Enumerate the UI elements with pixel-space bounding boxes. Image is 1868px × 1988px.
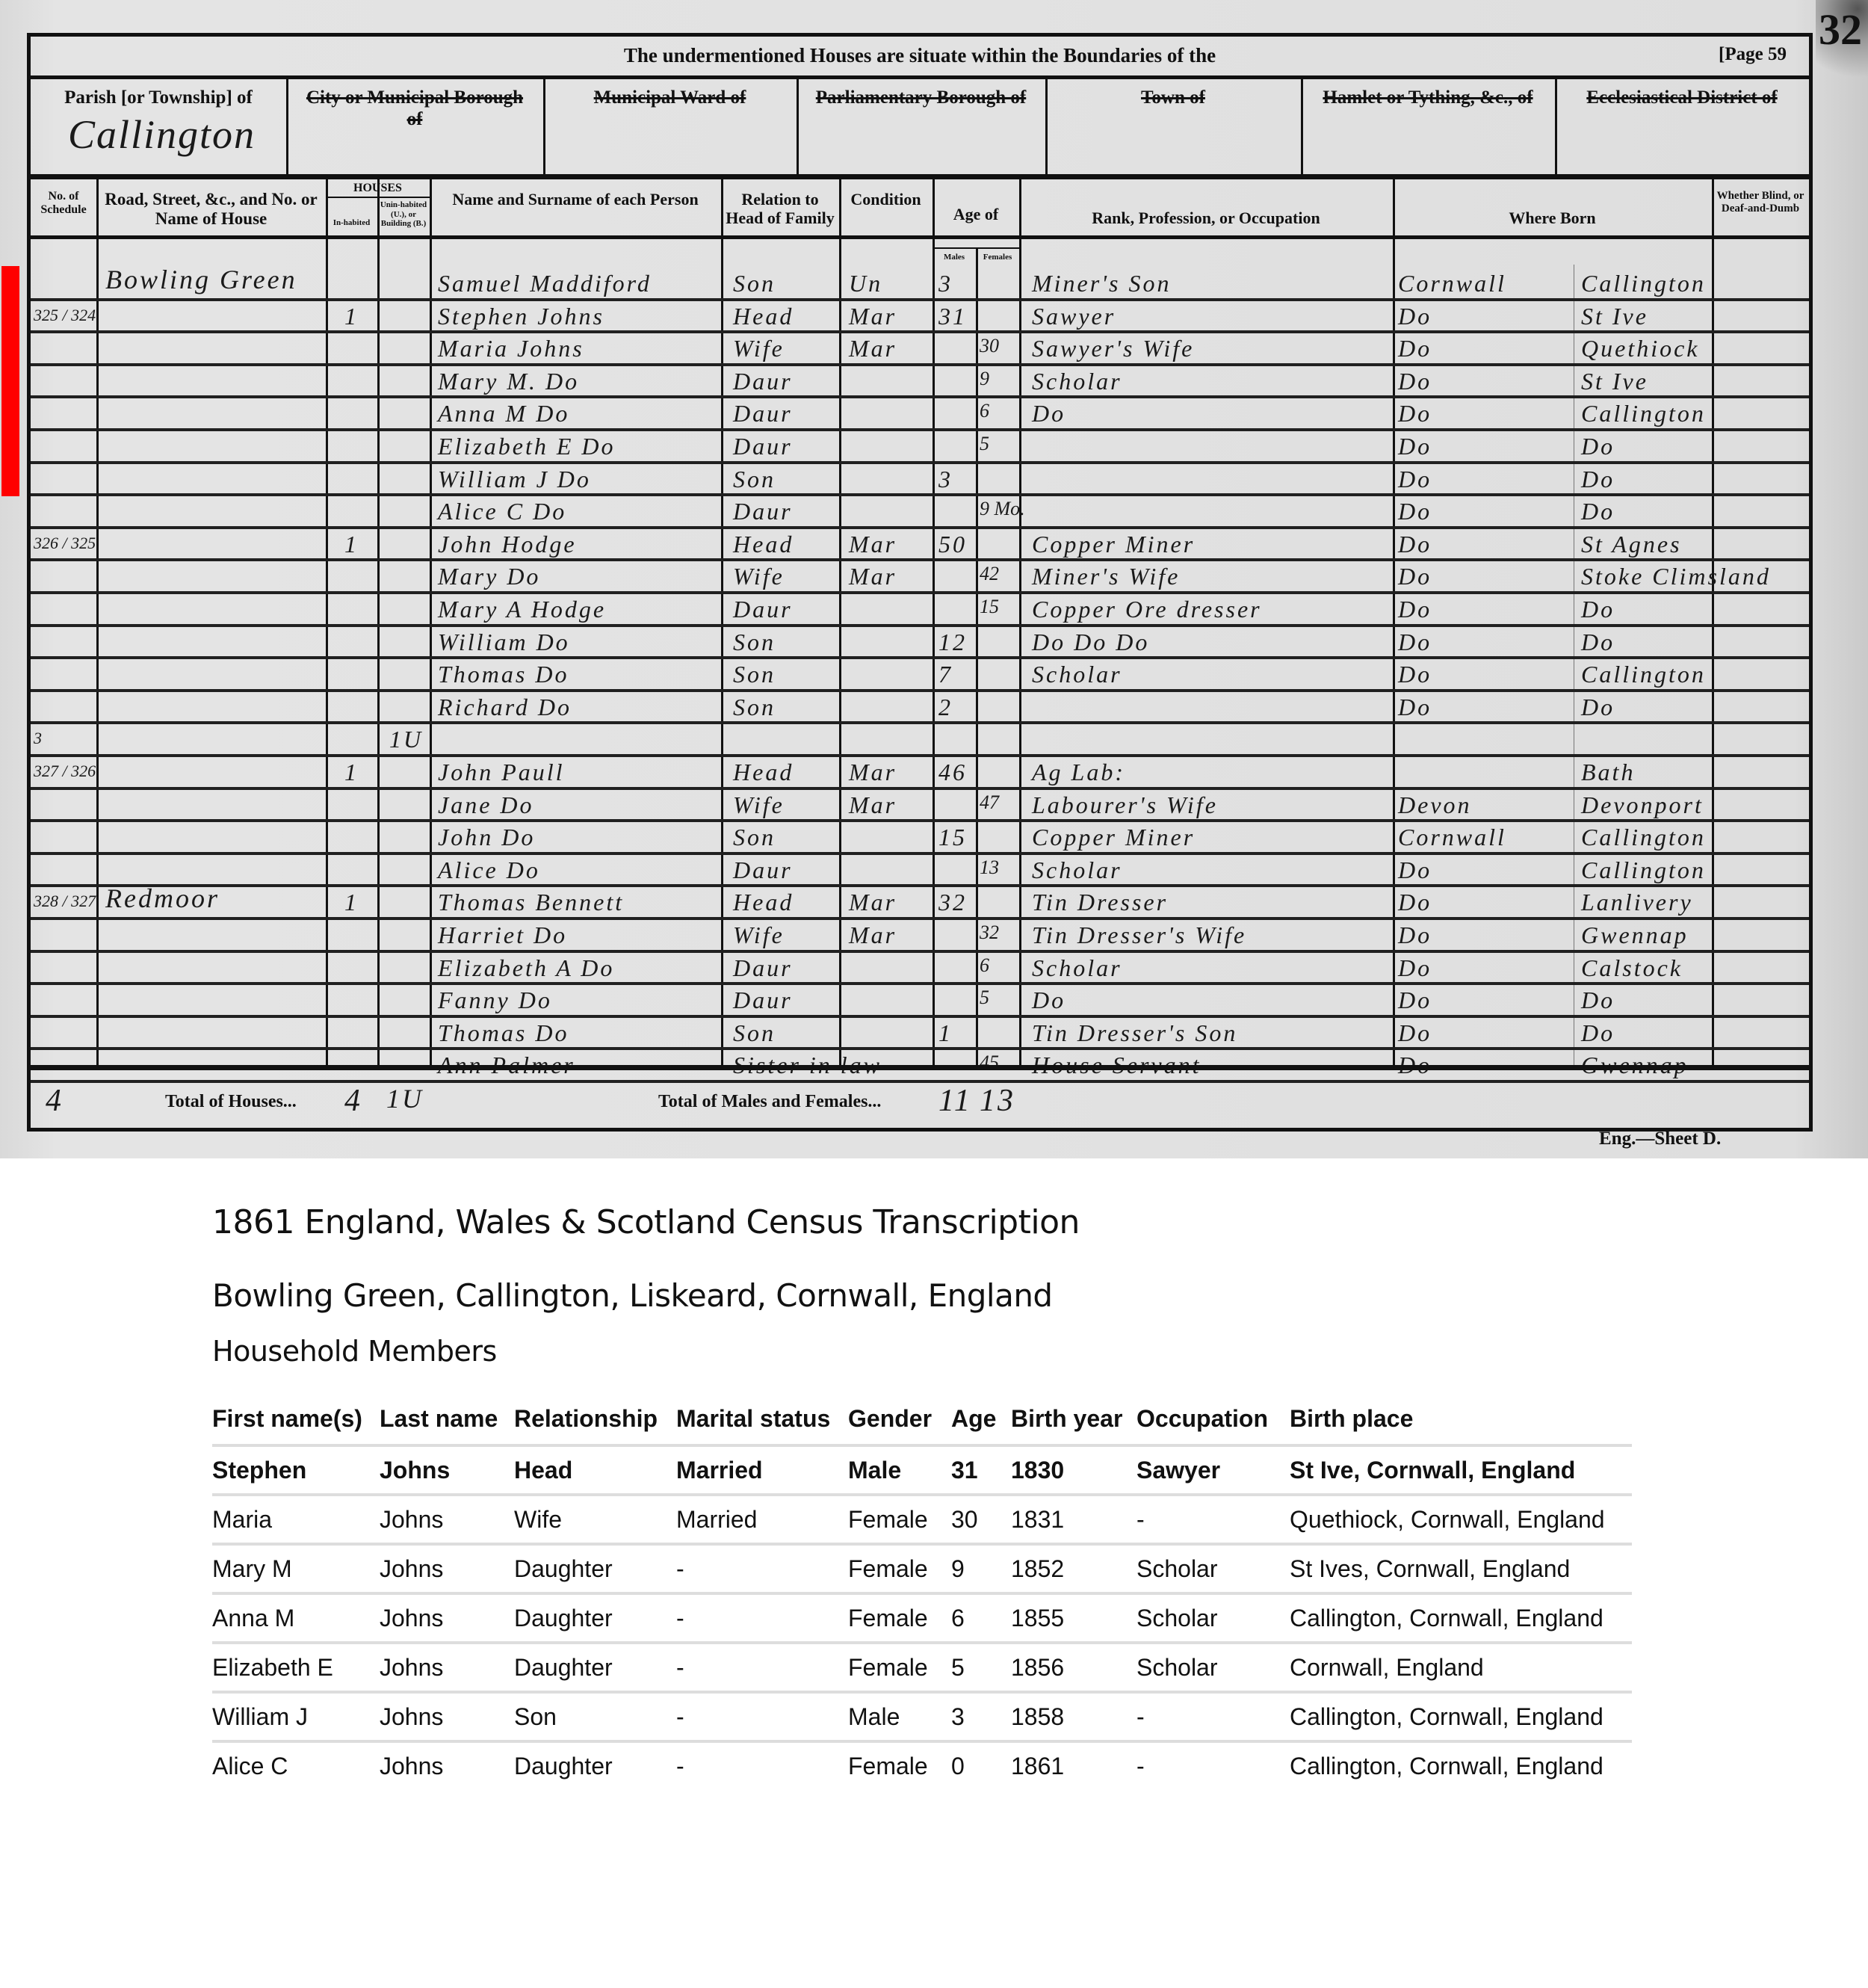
column-header-condition: Condition <box>839 190 933 209</box>
entry-male-age: 31 <box>938 303 967 330</box>
entry-schedule: 325 / 324 <box>34 306 96 325</box>
column-header-males: Males <box>933 253 976 262</box>
entry-parish: Do <box>1581 1019 1615 1047</box>
total-males: 11 <box>938 1083 972 1119</box>
table-row: William JJohnsSon-Male31858-Callington, … <box>212 1692 1632 1741</box>
section-heading: Household Members <box>212 1335 1632 1368</box>
entry-parish: Do <box>1581 596 1615 623</box>
cell-marital: Married <box>676 1495 848 1544</box>
entry-county: Do <box>1398 466 1432 493</box>
entry-name: Anna M Do <box>438 400 569 427</box>
entry-name: Samuel Maddiford <box>438 270 652 297</box>
census-entry-row: Fanny DoDaur5DoDoDo <box>31 985 1809 1018</box>
census-entry-row: Elizabeth E DoDaur5DoDo <box>31 431 1809 464</box>
houses-subrule <box>326 197 430 198</box>
entry-name: Richard Do <box>438 694 572 721</box>
entry-name: Alice C Do <box>438 498 566 525</box>
entry-uninh: 1U <box>389 726 423 753</box>
entry-condition: Mar <box>849 563 897 590</box>
census-entry-row: Mary A HodgeDaur15Copper Ore dresserDoDo <box>31 594 1809 627</box>
entry-schedule: 327 / 326 <box>34 762 96 781</box>
entry-female-age: 6 <box>980 400 989 422</box>
table-row: Mary MJohnsDaughter-Female91852ScholarSt… <box>212 1544 1632 1593</box>
divider <box>543 79 545 174</box>
census-entry-row: William DoSon12Do Do DoDoDo <box>31 627 1809 660</box>
division-label: Hamlet or Tything, &c., of <box>1301 87 1555 109</box>
entry-road: Redmoor <box>105 883 220 914</box>
cell-last: Johns <box>380 1692 514 1741</box>
entry-county: Do <box>1398 596 1432 623</box>
entry-female-age: 9 <box>980 368 989 390</box>
cell-first: Stephen <box>212 1445 380 1495</box>
entry-male-age: 2 <box>938 694 953 721</box>
entry-road: Bowling Green <box>105 264 297 295</box>
table-row: Elizabeth EJohnsDaughter-Female51856Scho… <box>212 1643 1632 1692</box>
column-header-uninhabited: Unin-habited (U.), or Building (B.) <box>377 200 430 229</box>
cell-relationship: Head <box>514 1445 676 1495</box>
column-header: Gender <box>848 1393 951 1445</box>
cell-occupation: Scholar <box>1136 1544 1290 1593</box>
entry-female-age: 45 <box>980 1052 999 1074</box>
column-header: Relationship <box>514 1393 676 1445</box>
entry-occupation: Ag Lab: <box>1032 759 1125 786</box>
entry-occupation: Do <box>1032 400 1066 427</box>
census-entry-row: William J DoSon3DoDo <box>31 464 1809 497</box>
census-scan-image: 32 The undermentioned Houses are situate… <box>0 0 1868 1158</box>
cell-occupation: - <box>1136 1692 1290 1741</box>
entry-occupation: Tin Dresser's Son <box>1032 1019 1237 1047</box>
entry-name: Alice Do <box>438 856 540 884</box>
column-header-blind: Whether Blind, or Deaf-and-Dumb <box>1712 190 1809 216</box>
cell-age: 0 <box>951 1741 1011 1789</box>
entry-county: Do <box>1398 922 1432 949</box>
transcription-section: 1861 England, Wales & Scotland Census Tr… <box>212 1203 1632 1789</box>
entry-relation: Head <box>733 759 794 786</box>
cell-gender: Male <box>848 1445 951 1495</box>
entry-relation: Head <box>733 889 794 916</box>
entry-condition: Mar <box>849 889 897 916</box>
entry-county: Do <box>1398 694 1432 721</box>
entry-relation: Daur <box>733 856 793 884</box>
column-header: Birth place <box>1290 1393 1632 1445</box>
cell-birth-year: 1858 <box>1011 1692 1136 1741</box>
entry-female-age: 5 <box>980 987 989 1009</box>
household-highlight-marker <box>1 266 19 496</box>
transcription-title: 1861 England, Wales & Scotland Census Tr… <box>212 1203 1632 1241</box>
entry-relation: Son <box>733 466 776 493</box>
entry-parish: Stoke Climsland <box>1581 563 1771 590</box>
household-members-table: First name(s)Last nameRelationshipMarita… <box>212 1393 1632 1789</box>
entry-name: William Do <box>438 629 570 656</box>
cell-occupation: - <box>1136 1741 1290 1789</box>
cell-first: William J <box>212 1692 380 1741</box>
entry-county: Devon <box>1398 791 1472 819</box>
cell-birth-place: Callington, Cornwall, England <box>1290 1692 1632 1741</box>
total-uninhabited: 1U <box>386 1083 424 1114</box>
entry-relation: Wife <box>733 922 785 949</box>
division-label: Municipal Ward of <box>543 87 797 109</box>
census-entry-row: 326 / 3251John HodgeHeadMar50Copper Mine… <box>31 529 1809 562</box>
census-entry-row: Mary M. DoDaur9ScholarDoSt Ive <box>31 366 1809 399</box>
entry-female-age: 9 Mo. <box>980 498 1025 520</box>
entry-relation: Daur <box>733 498 793 525</box>
divider <box>1045 79 1048 174</box>
entry-parish: Callington <box>1581 856 1706 884</box>
cell-age: 5 <box>951 1643 1011 1692</box>
entry-name: John Paull <box>438 759 565 786</box>
entry-name: Mary A Hodge <box>438 596 606 623</box>
entry-male-age: 50 <box>938 531 967 558</box>
cell-last: Johns <box>380 1643 514 1692</box>
sheet-number: 32 <box>1819 4 1862 55</box>
entry-county: Do <box>1398 563 1432 590</box>
entry-county: Do <box>1398 661 1432 688</box>
entry-occupation: Tin Dresser's Wife <box>1032 922 1246 949</box>
cell-gender: Female <box>848 1495 951 1544</box>
divider <box>797 79 799 174</box>
entry-county: Do <box>1398 368 1432 395</box>
census-entry-row: Elizabeth A DoDaur6ScholarDoCalstock <box>31 953 1809 986</box>
entry-occupation: Do <box>1032 987 1066 1014</box>
entry-occupation: Miner's Wife <box>1032 563 1180 590</box>
entry-inh: 1 <box>344 759 359 786</box>
cell-occupation: Scholar <box>1136 1593 1290 1643</box>
entry-parish: St Agnes <box>1581 531 1682 558</box>
entry-male-age: 7 <box>938 661 953 688</box>
entry-occupation: Scholar <box>1032 661 1122 688</box>
entry-county: Do <box>1398 629 1432 656</box>
entry-name: Mary M. Do <box>438 368 579 395</box>
entry-name: William J Do <box>438 466 591 493</box>
entry-relation: Daur <box>733 433 793 460</box>
entry-parish: Do <box>1581 433 1615 460</box>
cell-age: 30 <box>951 1495 1011 1544</box>
cell-last: Johns <box>380 1495 514 1544</box>
entry-female-age: 5 <box>980 433 989 455</box>
cell-first: Alice C <box>212 1741 380 1789</box>
cell-age: 3 <box>951 1692 1011 1741</box>
entry-condition: Mar <box>849 759 897 786</box>
entry-relation: Son <box>733 629 776 656</box>
cell-relationship: Daughter <box>514 1741 676 1789</box>
entry-occupation: Tin Dresser <box>1032 889 1168 916</box>
entry-relation: Son <box>733 661 776 688</box>
census-entry-row: Mary DoWifeMar42Miner's WifeDoStoke Clim… <box>31 561 1809 594</box>
total-persons-label: Total of Males and Females... <box>658 1092 881 1113</box>
entry-name: Elizabeth E Do <box>438 433 616 460</box>
cell-age: 9 <box>951 1544 1011 1593</box>
census-entry-row: Bowling GreenSamuel MaddifordSonUn3Miner… <box>31 268 1809 301</box>
entry-parish: St Ive <box>1581 368 1648 395</box>
entry-male-age: 1 <box>938 1019 953 1047</box>
entry-condition: Mar <box>849 791 897 819</box>
entry-relation: Son <box>733 824 776 851</box>
census-entry-row: 325 / 3241Stephen JohnsHeadMar31SawyerDo… <box>31 301 1809 334</box>
cell-last: Johns <box>380 1741 514 1789</box>
column-header: Last name <box>380 1393 514 1445</box>
entry-condition: Un <box>849 270 882 297</box>
entry-relation: Daur <box>733 954 793 982</box>
total-houses-label: Total of Houses... <box>165 1092 297 1113</box>
column-header-schedule: No. of Schedule <box>31 190 96 217</box>
census-entry-row: Anna M DoDaur6DoDoCallington <box>31 398 1809 431</box>
division-label: Parish [or Township] of <box>31 87 286 109</box>
census-entry-row: 327 / 3261John PaullHeadMar46Ag Lab:Bath <box>31 757 1809 790</box>
census-entry-row: John DoSon15Copper MinerCornwallCallingt… <box>31 822 1809 855</box>
entry-male-age: 3 <box>938 270 953 297</box>
entry-parish: Calstock <box>1581 954 1683 982</box>
entry-relation: Wife <box>733 563 785 590</box>
entry-parish: Do <box>1581 694 1615 721</box>
census-entry-row: Alice DoDaur13ScholarDoCallington <box>31 855 1809 888</box>
cell-gender: Female <box>848 1544 951 1593</box>
entry-female-age: 47 <box>980 791 999 814</box>
entry-county: Do <box>1398 954 1432 982</box>
entry-parish: Do <box>1581 498 1615 525</box>
column-header-females: Females <box>976 253 1019 262</box>
entry-male-age: 32 <box>938 889 967 916</box>
entry-male-age: 3 <box>938 466 953 493</box>
entry-schedule: 328 / 327 <box>34 892 96 911</box>
cell-birth-place: Quethiock, Cornwall, England <box>1290 1495 1632 1544</box>
cell-last: Johns <box>380 1544 514 1593</box>
column-header-age-of: Age of <box>933 205 1019 223</box>
entry-occupation: Do Do Do <box>1032 629 1149 656</box>
cell-first: Elizabeth E <box>212 1643 380 1692</box>
cell-relationship: Daughter <box>514 1643 676 1692</box>
cell-age: 31 <box>951 1445 1011 1495</box>
entry-county: Do <box>1398 433 1432 460</box>
entry-county: Do <box>1398 498 1432 525</box>
cell-marital: - <box>676 1692 848 1741</box>
entry-name: John Hodge <box>438 531 577 558</box>
entry-parish: Callington <box>1581 270 1706 297</box>
cell-occupation: Sawyer <box>1136 1445 1290 1495</box>
ruled-line <box>31 1080 1809 1083</box>
page-label: [Page 59 <box>1719 44 1787 66</box>
division-label: Town of <box>1045 87 1301 109</box>
cell-marital: - <box>676 1593 848 1643</box>
entry-parish: Callington <box>1581 824 1706 851</box>
cell-first: Mary M <box>212 1544 380 1593</box>
entry-schedule: 326 / 325 <box>34 534 96 553</box>
entry-relation: Head <box>733 531 794 558</box>
entry-female-age: 13 <box>980 856 999 879</box>
entry-occupation: Copper Miner <box>1032 531 1195 558</box>
household-location: Bowling Green, Callington, Liskeard, Cor… <box>212 1277 1632 1314</box>
entry-county: Do <box>1398 1019 1432 1047</box>
entry-schedule: 3 <box>34 729 42 748</box>
entry-parish: Quethiock <box>1581 335 1700 362</box>
cell-last: Johns <box>380 1445 514 1495</box>
entry-inh: 1 <box>344 531 359 558</box>
entry-parish: Bath <box>1581 759 1635 786</box>
entry-parish: Do <box>1581 987 1615 1014</box>
column-header: Age <box>951 1393 1011 1445</box>
entry-county: Do <box>1398 400 1432 427</box>
total-females: 13 <box>980 1083 1015 1119</box>
census-entry-row: 328 / 327Redmoor1Thomas BennettHeadMar32… <box>31 887 1809 920</box>
entry-relation: Daur <box>733 987 793 1014</box>
cell-birth-year: 1831 <box>1011 1495 1136 1544</box>
entry-county: Do <box>1398 889 1432 916</box>
cell-age: 6 <box>951 1593 1011 1643</box>
entry-occupation: Miner's Son <box>1032 270 1172 297</box>
entry-female-age: 15 <box>980 596 999 618</box>
cell-last: Johns <box>380 1593 514 1643</box>
entry-occupation: Scholar <box>1032 368 1122 395</box>
census-entry-row: Harriet DoWifeMar32Tin Dresser's WifeDoG… <box>31 920 1809 953</box>
entry-parish: Callington <box>1581 661 1706 688</box>
entry-name: Maria Johns <box>438 335 584 362</box>
entry-county: Cornwall <box>1398 824 1506 851</box>
entry-name: Harriet Do <box>438 922 567 949</box>
entry-name: John Do <box>438 824 535 851</box>
divider <box>1301 79 1303 174</box>
entry-relation: Son <box>733 270 776 297</box>
division-label: Parliamentary Borough of <box>797 87 1045 109</box>
entry-female-age: 6 <box>980 954 989 977</box>
column-header-houses: HOUSES <box>326 182 430 195</box>
column-header-relation: Relation to Head of Family <box>721 190 839 228</box>
cell-marital: - <box>676 1544 848 1593</box>
division-label: Ecclesiastical District of <box>1555 87 1809 109</box>
total-inhabited: 4 <box>344 1083 362 1119</box>
entry-relation: Daur <box>733 368 793 395</box>
entry-condition: Mar <box>849 335 897 362</box>
cell-relationship: Son <box>514 1692 676 1741</box>
cell-birth-year: 1852 <box>1011 1544 1136 1593</box>
entry-occupation: Scholar <box>1032 856 1122 884</box>
total-houses-count: 4 <box>46 1083 64 1119</box>
cell-birth-place: St Ives, Cornwall, England <box>1290 1544 1632 1593</box>
table-row: StephenJohnsHeadMarriedMale311830SawyerS… <box>212 1445 1632 1495</box>
census-entry-row: Richard DoSon2DoDo <box>31 692 1809 725</box>
entry-occupation: Copper Miner <box>1032 824 1195 851</box>
entry-parish: Gwennap <box>1581 922 1689 949</box>
census-entry-row: Thomas DoSon1Tin Dresser's SonDoDo <box>31 1018 1809 1051</box>
column-header: Occupation <box>1136 1393 1290 1445</box>
entry-occupation: Copper Ore dresser <box>1032 596 1262 623</box>
entry-county: Do <box>1398 856 1432 884</box>
entry-female-age: 30 <box>980 335 999 357</box>
entry-relation: Head <box>733 303 794 330</box>
cell-birth-place: St Ive, Cornwall, England <box>1290 1445 1632 1495</box>
entry-relation: Wife <box>733 335 785 362</box>
entry-relation: Daur <box>733 400 793 427</box>
entry-relation: Son <box>733 1019 776 1047</box>
column-header-road: Road, Street, &c., and No. or Name of Ho… <box>96 190 326 229</box>
entry-male-age: 46 <box>938 759 967 786</box>
column-header-name: Name and Surname of each Person <box>430 190 721 209</box>
cell-marital: Married <box>676 1445 848 1495</box>
cell-birth-year: 1830 <box>1011 1445 1136 1495</box>
entry-occupation: Sawyer <box>1032 303 1116 330</box>
entry-condition: Mar <box>849 303 897 330</box>
entry-name: Thomas Bennett <box>438 889 624 916</box>
entry-county: Do <box>1398 531 1432 558</box>
entry-inh: 1 <box>344 303 359 330</box>
cell-marital: - <box>676 1741 848 1789</box>
census-entry-row: Jane DoWifeMar47Labourer's WifeDevonDevo… <box>31 790 1809 823</box>
entry-male-age: 12 <box>938 629 967 656</box>
entry-county: Do <box>1398 303 1432 330</box>
entry-name: Elizabeth A Do <box>438 954 614 982</box>
entry-county: Cornwall <box>1398 270 1506 297</box>
table-row: Anna MJohnsDaughter-Female61855ScholarCa… <box>212 1593 1632 1643</box>
cell-birth-place: Callington, Cornwall, England <box>1290 1593 1632 1643</box>
column-header-inhabited: In-habited <box>326 218 377 228</box>
division-label: City or Municipal Borough of <box>286 87 543 131</box>
entry-male-age: 15 <box>938 824 967 851</box>
entry-name: Mary Do <box>438 563 540 590</box>
table-header-row: First name(s)Last nameRelationshipMarita… <box>212 1393 1632 1445</box>
entry-female-age: 42 <box>980 563 999 585</box>
entry-relation: Wife <box>733 791 785 819</box>
entry-name: Fanny Do <box>438 987 552 1014</box>
entry-parish: St Ive <box>1581 303 1648 330</box>
cell-relationship: Daughter <box>514 1544 676 1593</box>
census-entry-row: 31U <box>31 724 1809 757</box>
entry-parish: Do <box>1581 466 1615 493</box>
cell-birth-place: Cornwall, England <box>1290 1643 1632 1692</box>
divider <box>1555 79 1557 174</box>
cell-occupation: - <box>1136 1495 1290 1544</box>
census-entry-row: Thomas DoSon7ScholarDoCallington <box>31 659 1809 692</box>
column-header-occupation: Rank, Profession, or Occupation <box>1019 209 1393 227</box>
entry-relation: Daur <box>733 596 793 623</box>
entry-parish: Callington <box>1581 400 1706 427</box>
table-body: StephenJohnsHeadMarriedMale311830SawyerS… <box>212 1445 1632 1789</box>
entry-name: Thomas Do <box>438 1019 569 1047</box>
column-header: First name(s) <box>212 1393 380 1445</box>
entry-county: Do <box>1398 987 1432 1014</box>
divider <box>286 79 288 174</box>
entry-inh: 1 <box>344 889 359 916</box>
cell-occupation: Scholar <box>1136 1643 1290 1692</box>
census-entry-row: Alice C DoDaur9 Mo.DoDo <box>31 496 1809 529</box>
cell-first: Anna M <box>212 1593 380 1643</box>
entry-parish: Devonport <box>1581 791 1704 819</box>
cell-birth-year: 1856 <box>1011 1643 1136 1692</box>
cell-birth-place: Callington, Cornwall, England <box>1290 1741 1632 1789</box>
cell-marital: - <box>676 1643 848 1692</box>
entry-condition: Mar <box>849 531 897 558</box>
entry-name: Jane Do <box>438 791 534 819</box>
cell-birth-year: 1861 <box>1011 1741 1136 1789</box>
entry-occupation: Scholar <box>1032 954 1122 982</box>
division-value: Callington <box>68 111 256 158</box>
cell-first: Maria <box>212 1495 380 1544</box>
header-banner: The undermentioned Houses are situate wi… <box>31 44 1809 67</box>
cell-gender: Male <box>848 1692 951 1741</box>
column-header-where_born: Where Born <box>1393 209 1712 227</box>
entry-female-age: 32 <box>980 922 999 944</box>
entry-parish: Do <box>1581 629 1615 656</box>
cell-relationship: Wife <box>514 1495 676 1544</box>
sheet-footer-label: Eng.—Sheet D. <box>1599 1129 1721 1150</box>
census-entry-row: Maria JohnsWifeMar30Sawyer's WifeDoQueth… <box>31 333 1809 366</box>
table-row: MariaJohnsWifeMarriedFemale301831-Quethi… <box>212 1495 1632 1544</box>
entry-occupation: Sawyer's Wife <box>1032 335 1194 362</box>
entry-occupation: Labourer's Wife <box>1032 791 1218 819</box>
entry-parish: Lanlivery <box>1581 889 1693 916</box>
column-header: Birth year <box>1011 1393 1136 1445</box>
entry-name: Stephen Johns <box>438 303 604 330</box>
census-form: The undermentioned Houses are situate wi… <box>27 33 1813 1132</box>
cell-relationship: Daughter <box>514 1593 676 1643</box>
entry-condition: Mar <box>849 922 897 949</box>
